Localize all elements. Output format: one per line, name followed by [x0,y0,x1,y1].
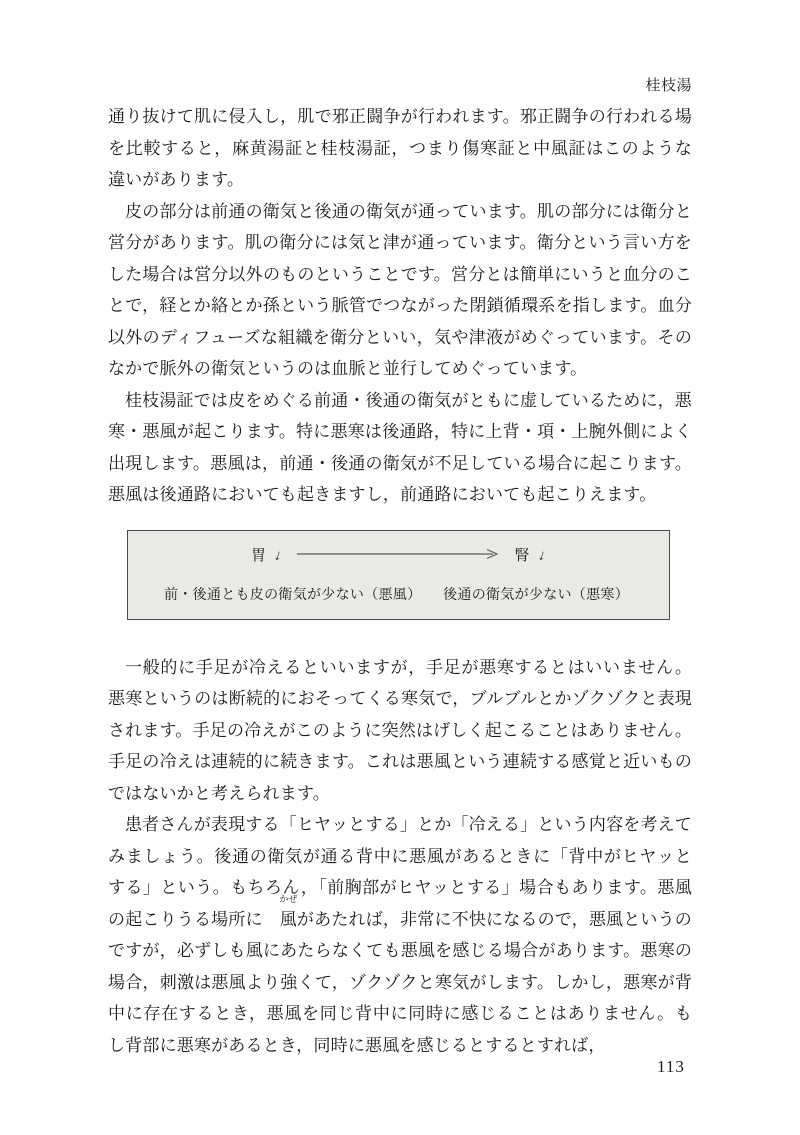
paragraph-5: 患者さんが表現する「ヒヤッとする」とか「冷える」という内容を考えてみましょう。後… [108,809,692,1061]
figure-left-node-label: 胃 [251,541,267,573]
ruby-kaze: 風かぜ [263,904,297,936]
figure-right-caption: 後通の衛気が少ない（悪寒） [443,580,629,612]
paragraph-1: 通り抜けて肌に侵入し，肌で邪正闘争が行われます。邪正闘争の行われる場を比較すると… [108,101,692,196]
body-text: 通り抜けて肌に侵入し，肌で邪正闘争が行われます。邪正闘争の行われる場を比較すると… [108,101,692,1061]
book-page: 桂枝湯 通り抜けて肌に侵入し，肌で邪正闘争が行われます。邪正闘争の行われる場を比… [0,0,800,1135]
paragraph-4: 一般的に手足が冷えるといいますが，手足が悪寒するとはいいません。悪寒というのは断… [108,652,692,810]
running-header: 桂枝湯 [108,76,692,96]
figure-left-caption: 前・後通とも皮の衛気が少ない（悪風） [164,580,421,612]
paragraph-2: 皮の部分は前通の衛気と後通の衛気が通っています。肌の部分には衛分と営分があります… [108,196,692,385]
paragraph-5-after: があたれば，非常に不快になるので，悪風というのですが，必ずしも風にあたらなくても… [108,910,692,1055]
figure-right-node-label: 腎 [515,541,531,573]
right-arrow-icon [296,541,502,573]
ruby-annotation: かぜ [262,895,297,904]
figure-arrow-row: 胃 ↓ 腎 ↓ [128,546,669,568]
paragraph-3: 桂枝湯証では皮をめぐる前通・後通の衛気がともに虚しているために，悪寒・悪風が起こ… [108,385,692,511]
page-number: 113 [657,1057,685,1077]
figure-caption-row: 前・後通とも皮の衛気が少ない（悪風） 後通の衛気が少ない（悪寒） [128,568,669,612]
figure-box: 胃 ↓ 腎 ↓ 前・後通とも皮の衛気が少ない（悪風） 後通の衛気が少ない（悪寒） [127,530,670,620]
text-block: 桂枝湯 通り抜けて肌に侵入し，肌で邪正闘争が行われます。邪正闘争の行われる場を比… [108,76,692,1061]
ruby-base: 風 [280,910,297,929]
